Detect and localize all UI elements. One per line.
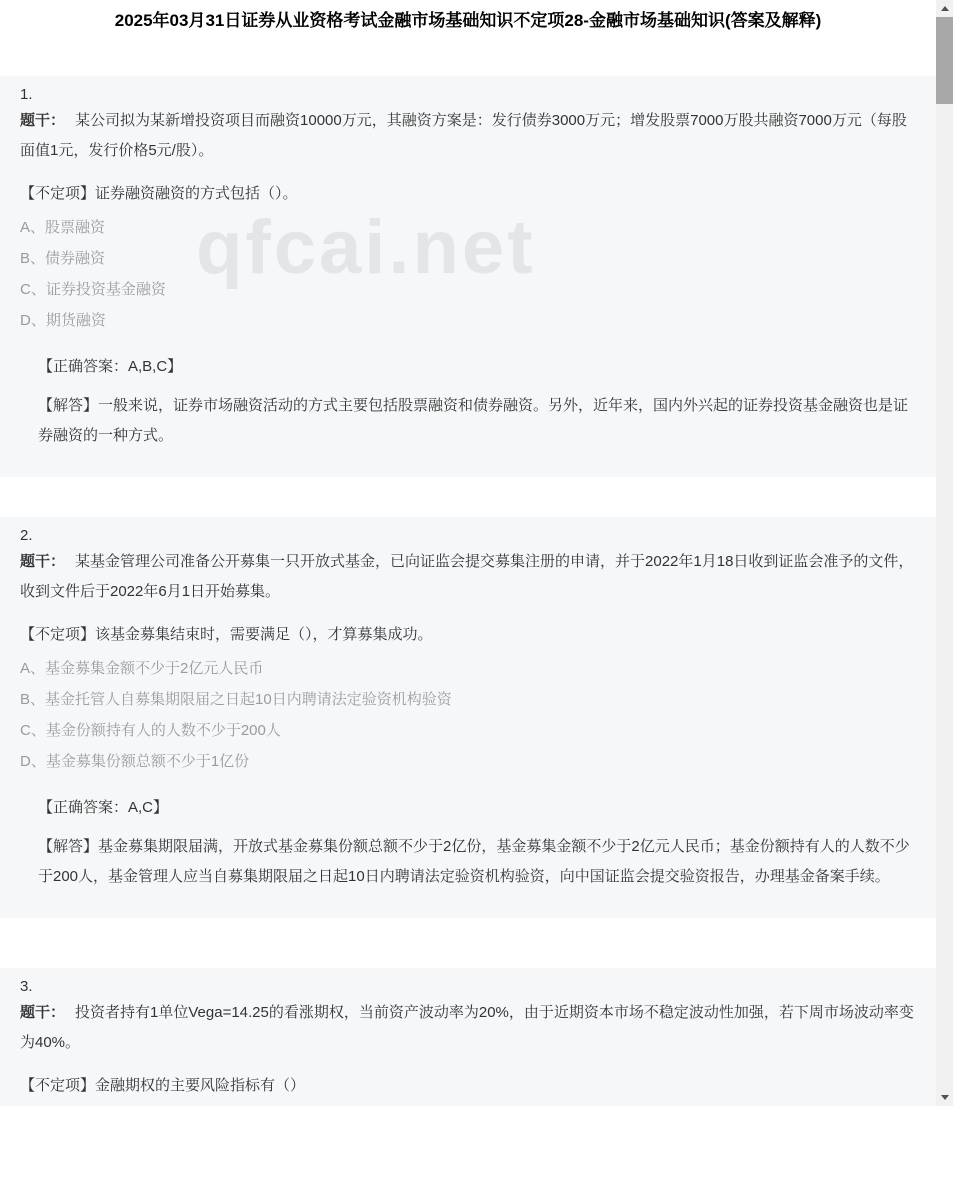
option-a: A、基金募集金额不少于2亿元人民币 — [20, 660, 916, 677]
stem-text: 某基金管理公司准备公开募集一只开放式基金，已向证监会提交募集注册的申请，并于20… — [20, 553, 913, 600]
stem-label: 题干： — [20, 553, 65, 570]
correct-answer: 【正确答案：A,C】 — [38, 797, 916, 819]
explanation: 【解答】基金募集期限届满，开放式基金募集份额总额不少于2亿份，基金募集金额不少于… — [38, 832, 916, 892]
page-title: 2025年03月31日证券从业资格考试金融市场基础知识不定项28-金融市场基础知… — [0, 0, 936, 33]
vertical-scrollbar[interactable] — [936, 0, 953, 1106]
scrollbar-thumb[interactable] — [936, 17, 953, 104]
option-a: A、股票融资 — [20, 219, 916, 236]
question-stem: 题干：某公司拟为某新增投资项目而融资10000万元，其融资方案是：发行债券300… — [20, 106, 916, 166]
question-number: 1. — [20, 84, 916, 106]
option-c: C、证券投资基金融资 — [20, 281, 916, 298]
stem-text: 某公司拟为某新增投资项目而融资10000万元，其融资方案是：发行债券3000万元… — [20, 112, 907, 159]
question-card-1: 1. 题干：某公司拟为某新增投资项目而融资10000万元，其融资方案是：发行债券… — [0, 76, 936, 477]
stem-text: 投资者持有1单位Vega=14.25的看涨期权，当前资产波动率为20%，由于近期… — [20, 1004, 914, 1051]
question-list: qfcai.net 1. 题干：某公司拟为某新增投资项目而融资10000万元，其… — [0, 76, 936, 1106]
question-prompt: 【不定项】金融期权的主要风险指标有（） — [20, 1075, 916, 1097]
stem-label: 题干： — [20, 112, 65, 129]
spacer — [0, 958, 936, 968]
scrollbar-down-button[interactable] — [936, 1089, 953, 1106]
question-number: 3. — [20, 976, 916, 998]
page-viewport: 2025年03月31日证券从业资格考试金融市场基础知识不定项28-金融市场基础知… — [0, 0, 960, 1106]
question-stem: 题干：投资者持有1单位Vega=14.25的看涨期权，当前资产波动率为20%，由… — [20, 998, 916, 1058]
option-b: B、债券融资 — [20, 250, 916, 267]
question-card-3: 3. 题干：投资者持有1单位Vega=14.25的看涨期权，当前资产波动率为20… — [0, 968, 936, 1106]
option-d: D、期货融资 — [20, 312, 916, 329]
question-stem: 题干：某基金管理公司准备公开募集一只开放式基金，已向证监会提交募集注册的申请，并… — [20, 547, 916, 607]
correct-answer: 【正确答案：A,B,C】 — [38, 356, 916, 378]
stem-label: 题干： — [20, 1004, 65, 1021]
question-prompt: 【不定项】该基金募集结束时，需要满足（），才算募集成功。 — [20, 624, 916, 646]
up-arrow-icon — [941, 6, 949, 11]
option-c: C、基金份额持有人的人数不少于200人 — [20, 722, 916, 739]
question-number: 2. — [20, 525, 916, 547]
option-d: D、基金募集份额总额不少于1亿份 — [20, 753, 916, 770]
down-arrow-icon — [941, 1095, 949, 1100]
option-b: B、基金托管人自募集期限届之日起10日内聘请法定验资机构验资 — [20, 691, 916, 708]
question-prompt: 【不定项】证券融资融资的方式包括（）。 — [20, 183, 916, 205]
question-card-2: 2. 题干：某基金管理公司准备公开募集一只开放式基金，已向证监会提交募集注册的申… — [0, 517, 936, 918]
scrollbar-up-button[interactable] — [936, 0, 953, 17]
explanation: 【解答】一般来说，证券市场融资活动的方式主要包括股票融资和债券融资。另外，近年来… — [38, 391, 916, 451]
